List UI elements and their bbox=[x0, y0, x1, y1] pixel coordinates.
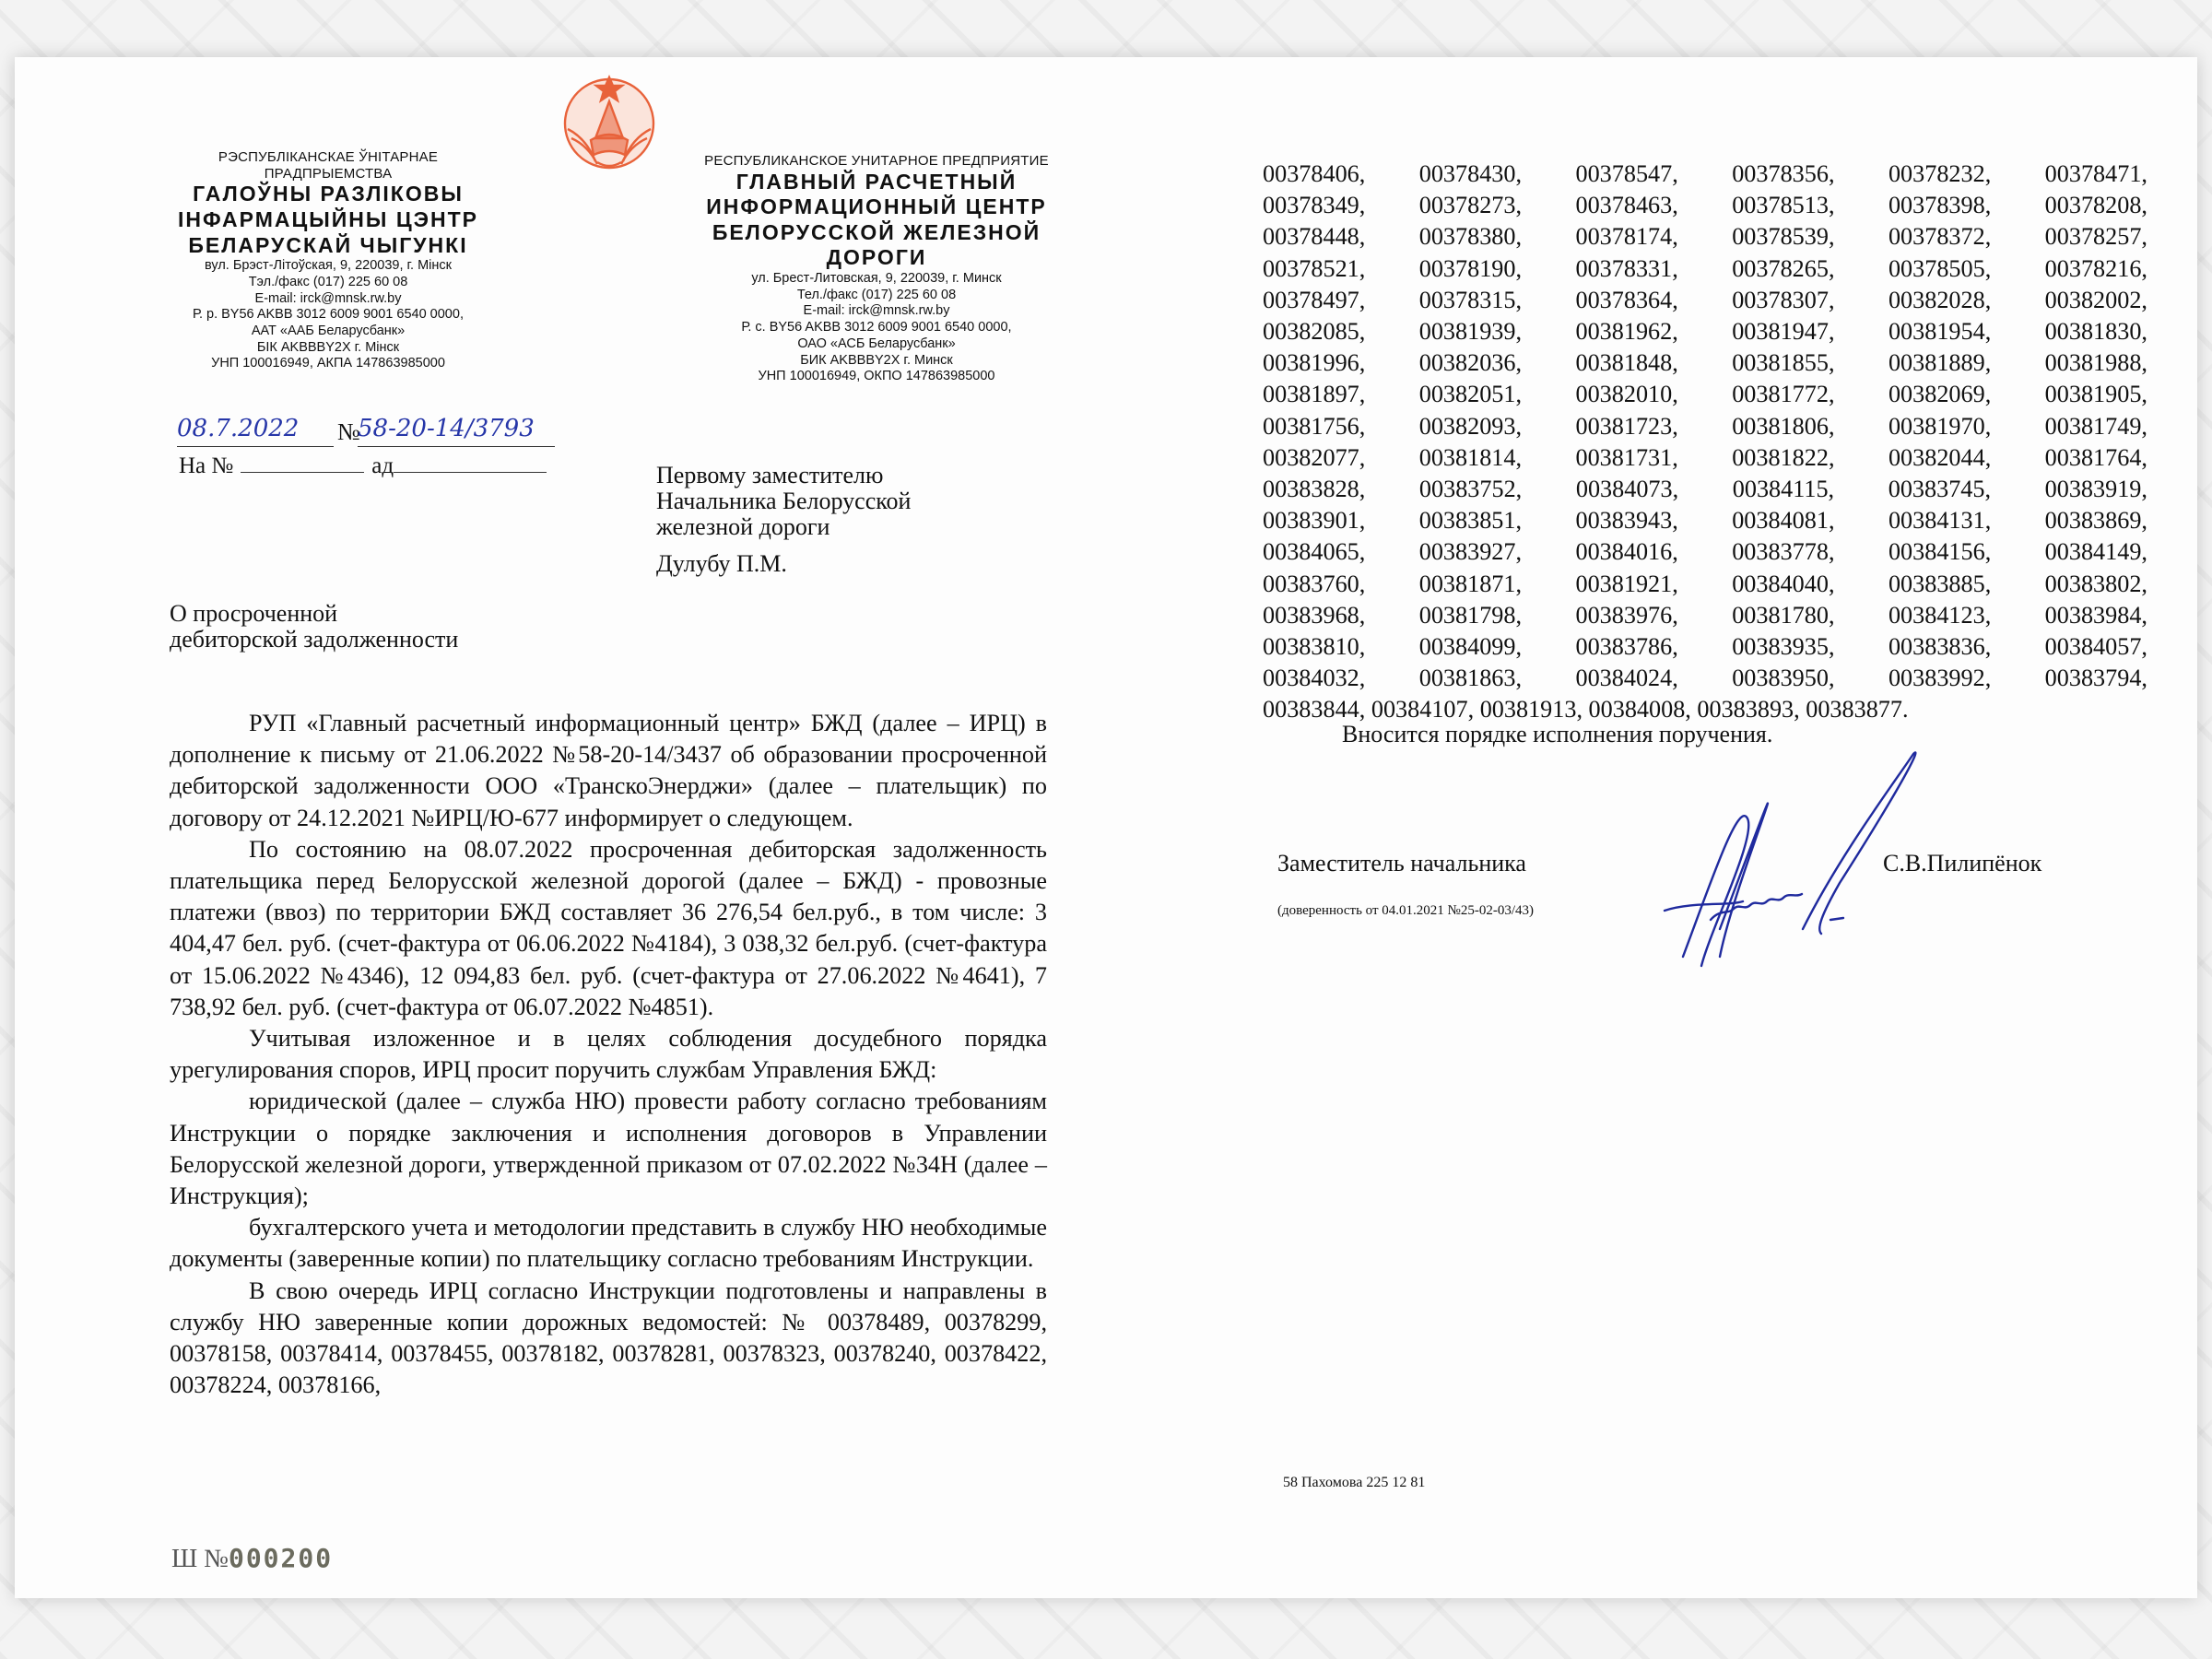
registration-number-field: 58-20-14/3793 bbox=[358, 415, 555, 447]
waybill-number: 00383828, bbox=[1263, 474, 1365, 505]
waybill-row: 00378497,00378315,00378364,00378307,0038… bbox=[1263, 285, 2147, 316]
waybill-number: 00378216, bbox=[2045, 253, 2147, 285]
proxy-reference: (доверенность от 04.01.2021 №25-02-03/43… bbox=[1277, 903, 1534, 919]
waybill-row: 00378406,00378430,00378547,00378356,0037… bbox=[1263, 159, 2147, 190]
waybill-number: 00383935, bbox=[1732, 631, 1834, 663]
waybill-number: 00381970, bbox=[1888, 411, 1991, 442]
signatory-name: С.В.Пилипёнок bbox=[1883, 850, 2041, 877]
ref-from-label: ад bbox=[371, 453, 394, 478]
tax-id-line: УНП 100016949, ОКПО 147863985000 bbox=[660, 369, 1093, 385]
letter-body: РУП «Главный расчетный информационный це… bbox=[170, 708, 1047, 1401]
waybill-number-grid: 00378406,00378430,00378547,00378356,0037… bbox=[1263, 159, 2147, 726]
account-line: Р. с. BY56 AKBB 3012 6009 9001 6540 0000… bbox=[660, 320, 1093, 336]
org-name-line: ГЛАВНЫЙ РАСЧЕТНЫЙ bbox=[660, 170, 1093, 195]
waybill-number: 00381749, bbox=[2045, 411, 2147, 442]
body-paragraph: В свою очередь ИРЦ согласно Инструкции п… bbox=[170, 1276, 1047, 1402]
waybill-number: 00383869, bbox=[2045, 505, 2147, 536]
waybill-number: 00383968, bbox=[1263, 600, 1365, 631]
waybill-number: 00384073, bbox=[1576, 474, 1678, 505]
waybill-number: 00383943, bbox=[1575, 505, 1677, 536]
waybill-number: 00381855, bbox=[1732, 347, 1834, 379]
waybill-number: 00378398, bbox=[1888, 190, 1991, 221]
addressee: Первому заместителю Начальника Белорусск… bbox=[656, 463, 911, 577]
waybill-number: 00381962, bbox=[1575, 316, 1677, 347]
waybill-number: 00381830, bbox=[2045, 316, 2147, 347]
waybill-number: 00378505, bbox=[1888, 253, 1991, 285]
waybill-number: 00378174, bbox=[1575, 221, 1677, 253]
waybill-number: 00383794, bbox=[2045, 663, 2147, 694]
waybill-number: 00381871, bbox=[1419, 569, 1522, 600]
waybill-row: 00378521,00378190,00378331,00378265,0037… bbox=[1263, 253, 2147, 285]
waybill-number: 00378471, bbox=[2045, 159, 2147, 190]
waybill-number: 00383786, bbox=[1575, 631, 1677, 663]
waybill-number: 00382077, bbox=[1263, 442, 1365, 474]
body-paragraph: юридической (далее – служба НЮ) провести… bbox=[170, 1086, 1047, 1212]
waybill-number: 00383760, bbox=[1263, 569, 1365, 600]
body-paragraph: По состоянию на 08.07.2022 просроченная … bbox=[170, 834, 1047, 1023]
waybill-number: 00378307, bbox=[1732, 285, 1834, 316]
waybill-number: 00382051, bbox=[1419, 379, 1522, 410]
body-paragraph: бухгалтерского учета и методологии предс… bbox=[170, 1212, 1047, 1275]
email-line: E-mail: irck@mnsk.rw.by bbox=[660, 303, 1093, 320]
waybill-number: 00383752, bbox=[1419, 474, 1522, 505]
waybill-number: 00381822, bbox=[1732, 442, 1834, 474]
waybill-row: 00378349,00378273,00378463,00378513,0037… bbox=[1263, 190, 2147, 221]
waybill-row: 00384065,00383927,00384016,00383778,0038… bbox=[1263, 536, 2147, 568]
waybill-number: 00383901, bbox=[1263, 505, 1365, 536]
waybill-row: 00383968,00381798,00383976,00381780,0038… bbox=[1263, 600, 2147, 631]
waybill-number: 00382044, bbox=[1888, 442, 1991, 474]
waybill-number: 00378356, bbox=[1732, 159, 1834, 190]
addressee-name: Дулубу П.М. bbox=[656, 551, 911, 577]
document-sheet: РЭСПУБЛІКАНСКАЕ ЎНІТАРНАЕ ПРАДПРЫЕМСТВА … bbox=[15, 57, 2197, 1598]
waybill-number: 00382069, bbox=[1888, 379, 1991, 410]
registration-number: 58-20-14/3793 bbox=[358, 415, 535, 442]
waybill-number: 00378547, bbox=[1575, 159, 1677, 190]
waybill-number: 00383778, bbox=[1732, 536, 1834, 568]
registration-date-field: 08.7.2022 bbox=[177, 415, 334, 447]
addressee-line: Первому заместителю bbox=[656, 463, 911, 488]
subject-line: О просроченной bbox=[170, 601, 458, 627]
waybill-number: 00378349, bbox=[1263, 190, 1365, 221]
waybill-number: 00384115, bbox=[1733, 474, 1834, 505]
waybill-row: 00382085,00381939,00381962,00381947,0038… bbox=[1263, 316, 2147, 347]
waybill-number: 00383950, bbox=[1732, 663, 1834, 694]
registration-date: 08.7.2022 bbox=[177, 415, 299, 442]
body-paragraph: Учитывая изложенное и в целях соблюдения… bbox=[170, 1023, 1047, 1086]
waybill-number: 00384065, bbox=[1263, 536, 1365, 568]
org-name-line: ИНФОРМАЦИОННЫЙ ЦЕНТР bbox=[660, 194, 1093, 220]
waybill-row: 00383760,00381871,00381921,00384040,0038… bbox=[1263, 569, 2147, 600]
waybill-number: 00384081, bbox=[1732, 505, 1834, 536]
waybill-number: 00381897, bbox=[1263, 379, 1365, 410]
letterhead-top-line: РЕСПУБЛИКАНСКОЕ УНИТАРНОЕ ПРЕДПРИЯТИЕ bbox=[660, 153, 1093, 170]
waybill-number: 00382093, bbox=[1419, 411, 1522, 442]
email-line: E-mail: irck@mnsk.rw.by bbox=[162, 291, 494, 308]
waybill-row: 00381756,00382093,00381723,00381806,0038… bbox=[1263, 411, 2147, 442]
waybill-number: 00382085, bbox=[1263, 316, 1365, 347]
address-line: ул. Брест-Литовская, 9, 220039, г. Минск bbox=[660, 271, 1093, 288]
addressee-line: железной дороги bbox=[656, 514, 911, 540]
waybill-number: 00381954, bbox=[1888, 316, 1991, 347]
waybill-row: 00381897,00382051,00382010,00381772,0038… bbox=[1263, 379, 2147, 410]
subject: О просроченной дебиторской задолженности bbox=[170, 601, 458, 653]
waybill-number: 00383836, bbox=[1888, 631, 1991, 663]
waybill-number: 00382010, bbox=[1575, 379, 1677, 410]
phone-line: Тэл./факс (017) 225 60 08 bbox=[162, 275, 494, 291]
waybill-number: 00381996, bbox=[1263, 347, 1365, 379]
stamp-prefix: Ш № bbox=[171, 1545, 229, 1573]
waybill-number: 00378232, bbox=[1888, 159, 1991, 190]
letterhead-russian: РЕСПУБЛИКАНСКОЕ УНИТАРНОЕ ПРЕДПРИЯТИЕ ГЛ… bbox=[660, 153, 1093, 385]
waybill-row: 00382077,00381814,00381731,00381822,0038… bbox=[1263, 442, 2147, 474]
waybill-number: 00381947, bbox=[1732, 316, 1834, 347]
body-paragraph: РУП «Главный расчетный информационный це… bbox=[170, 708, 1047, 834]
waybill-number: 00382036, bbox=[1419, 347, 1522, 379]
waybill-number: 00383976, bbox=[1575, 600, 1677, 631]
waybill-number: 00378406, bbox=[1263, 159, 1365, 190]
waybill-number: 00378265, bbox=[1732, 253, 1834, 285]
waybill-number: 00383885, bbox=[1888, 569, 1991, 600]
bic-line: БІК AKBBBY2X г. Мінск bbox=[162, 340, 494, 357]
waybill-number: 00378190, bbox=[1419, 253, 1522, 285]
waybill-number: 00381731, bbox=[1575, 442, 1677, 474]
bic-line: БИК AKBBBY2X г. Минск bbox=[660, 353, 1093, 370]
waybill-number: 00383745, bbox=[1888, 474, 1991, 505]
letterhead-top-line: РЭСПУБЛІКАНСКАЕ ЎНІТАРНАЕ ПРАДПРЫЕМСТВА bbox=[162, 149, 494, 182]
waybill-number: 00378372, bbox=[1888, 221, 1991, 253]
ref-label: На № bbox=[179, 453, 233, 478]
waybill-number: 00383810, bbox=[1263, 631, 1365, 663]
waybill-number: 00378364, bbox=[1575, 285, 1677, 316]
executor-contact: 58 Пахомова 225 12 81 bbox=[1283, 1475, 1425, 1491]
signatory-title: Заместитель начальника bbox=[1277, 850, 1526, 877]
waybill-number: 00384156, bbox=[1888, 536, 1991, 568]
form-serial-stamp: Ш №000200 bbox=[171, 1543, 333, 1574]
reference-row: На №ад bbox=[179, 453, 547, 479]
waybill-row: 00383810,00384099,00383786,00383935,0038… bbox=[1263, 631, 2147, 663]
waybill-number: 00381814, bbox=[1419, 442, 1522, 474]
waybill-number: 00381772, bbox=[1732, 379, 1834, 410]
waybill-number: 00381988, bbox=[2045, 347, 2147, 379]
waybill-number: 00381889, bbox=[1888, 347, 1991, 379]
waybill-row: 00381996,00382036,00381848,00381855,0038… bbox=[1263, 347, 2147, 379]
org-name-line: БЕЛАРУСКАЙ ЧЫГУНКІ bbox=[162, 233, 494, 259]
waybill-number: 00378208, bbox=[2045, 190, 2147, 221]
tax-id-line: УНП 100016949, АКПА 147863985000 bbox=[162, 356, 494, 372]
waybill-number: 00383802, bbox=[2045, 569, 2147, 600]
waybill-number: 00378257, bbox=[2045, 221, 2147, 253]
waybill-number: 00378273, bbox=[1419, 190, 1522, 221]
waybill-number: 00381848, bbox=[1575, 347, 1677, 379]
waybill-number: 00378430, bbox=[1419, 159, 1522, 190]
waybill-number: 00378497, bbox=[1263, 285, 1365, 316]
waybill-number: 00384131, bbox=[1888, 505, 1991, 536]
waybill-number: 00384149, bbox=[2045, 536, 2147, 568]
waybill-number: 00378521, bbox=[1263, 253, 1365, 285]
waybill-number: 00381780, bbox=[1732, 600, 1834, 631]
org-name-line: ІНФАРМАЦЫЙНЫ ЦЭНТР bbox=[162, 207, 494, 233]
waybill-number: 00384016, bbox=[1575, 536, 1677, 568]
ref-date-blank bbox=[394, 455, 547, 473]
letterhead-belarusian: РЭСПУБЛІКАНСКАЕ ЎНІТАРНАЕ ПРАДПРЫЕМСТВА … bbox=[162, 149, 494, 372]
waybill-number: 00383984, bbox=[2045, 600, 2147, 631]
subject-line: дебиторской задолженности bbox=[170, 627, 458, 653]
waybill-number: 00383992, bbox=[1888, 663, 1991, 694]
waybill-number: 00378539, bbox=[1732, 221, 1834, 253]
waybill-number: 00381863, bbox=[1419, 663, 1522, 694]
waybill-row: 00383901,00383851,00383943,00384081,0038… bbox=[1263, 505, 2147, 536]
waybill-number: 00384040, bbox=[1732, 569, 1834, 600]
waybill-number: 00378380, bbox=[1419, 221, 1522, 253]
waybill-row: 00383828,00383752,00384073,00384115,0038… bbox=[1263, 474, 2147, 505]
org-name-line: ГАЛОЎНЫ РАЗЛІКОВЫ bbox=[162, 182, 494, 207]
stamp-number: 000200 bbox=[229, 1543, 333, 1573]
addressee-line: Начальника Белорусской bbox=[656, 488, 911, 514]
waybill-number: 00384123, bbox=[1888, 600, 1991, 631]
waybill-number: 00378448, bbox=[1263, 221, 1365, 253]
waybill-number: 00382002, bbox=[2045, 285, 2147, 316]
waybill-number: 00381798, bbox=[1419, 600, 1522, 631]
bank-line: ААТ «ААБ Беларусбанк» bbox=[162, 324, 494, 340]
waybill-number: 00383851, bbox=[1419, 505, 1522, 536]
waybill-number: 00378315, bbox=[1419, 285, 1522, 316]
waybill-number: 00382028, bbox=[1888, 285, 1991, 316]
account-line: Р. р. BY56 AKBB 3012 6009 9001 6540 0000… bbox=[162, 307, 494, 324]
address-line: вул. Брэст-Літоўская, 9, 220039, г. Мінс… bbox=[162, 258, 494, 275]
waybill-number: 00381939, bbox=[1419, 316, 1522, 347]
waybill-row: 00384032,00381863,00384024,00383950,0038… bbox=[1263, 663, 2147, 694]
waybill-number: 00383919, bbox=[2045, 474, 2147, 505]
waybill-number: 00381921, bbox=[1575, 569, 1677, 600]
phone-line: Тел./факс (017) 225 60 08 bbox=[660, 288, 1093, 304]
waybill-number: 00381764, bbox=[2045, 442, 2147, 474]
waybill-number: 00381723, bbox=[1575, 411, 1677, 442]
waybill-number: 00381806, bbox=[1732, 411, 1834, 442]
waybill-number: 00383927, bbox=[1419, 536, 1522, 568]
waybill-number: 00381905, bbox=[2045, 379, 2147, 410]
waybill-number: 00378331, bbox=[1575, 253, 1677, 285]
waybill-number: 00384057, bbox=[2045, 631, 2147, 663]
ref-number-blank bbox=[241, 455, 364, 473]
waybill-number: 00378513, bbox=[1732, 190, 1834, 221]
org-name-line: БЕЛОРУССКОЙ ЖЕЛЕЗНОЙ ДОРОГИ bbox=[660, 220, 1093, 271]
bank-line: ОАО «АСБ Беларусбанк» bbox=[660, 336, 1093, 353]
waybill-number: 00384032, bbox=[1263, 663, 1365, 694]
waybill-number: 00378463, bbox=[1575, 190, 1677, 221]
waybill-number: 00381756, bbox=[1263, 411, 1365, 442]
waybill-number: 00384024, bbox=[1575, 663, 1677, 694]
belarus-coat-of-arms-icon bbox=[559, 74, 660, 173]
waybill-number: 00384099, bbox=[1419, 631, 1522, 663]
waybill-row: 00378448,00378380,00378174,00378539,0037… bbox=[1263, 221, 2147, 253]
